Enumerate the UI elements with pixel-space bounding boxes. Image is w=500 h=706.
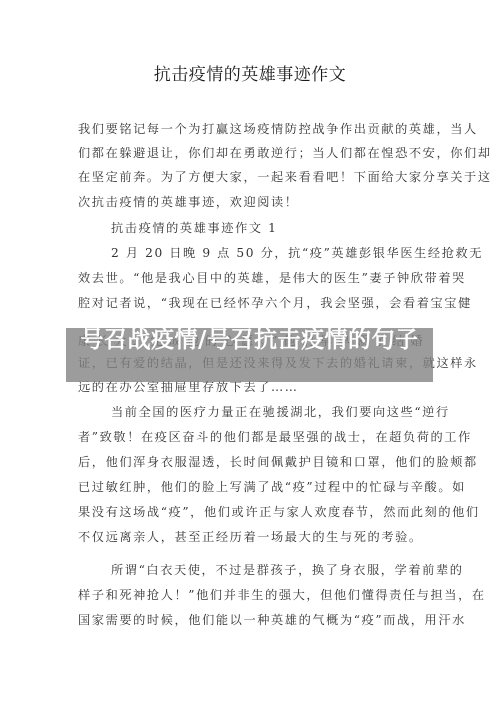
body-text-line: 在坚定前奔。为了方便大家，一起来看看吧！下面给大家分享关于这 bbox=[78, 170, 424, 184]
body-text-line: 远的在办公室抽屉里存放下去了…… bbox=[78, 380, 424, 394]
body-text-line: 果没有这场战“疫”，他们或许正与家人欢度春节，然而此刻的他们 bbox=[78, 505, 424, 519]
document-title: 抗击疫情的英雄事迹作文 bbox=[0, 60, 500, 85]
caption-banner-text: 号召战疫情/号召抗击疫情的句子 bbox=[66, 327, 433, 353]
body-text-line: 们都在躲避退让，你们却在勇敢逆行；当人们都在惶恐不安，你们却 bbox=[78, 146, 424, 160]
body-text-line: 效去世。“他是我心目中的英雄，是伟大的医生”妻子钟欣带着哭 bbox=[78, 271, 424, 285]
body-text-line: 者”致敬！在疫区奋斗的他们都是最坚强的战士，在超负荷的工作 bbox=[78, 430, 424, 444]
body-text-line: 腔对记者说，“我现在已经怀孕六个月，我会坚强，会看着宝宝健 bbox=[78, 296, 424, 310]
body-text-line: 样子和死神抢人！”他们并非生的强大，但他们懂得责任与担当，在 bbox=[78, 588, 424, 602]
body-text-line: 抗击疫情的英雄事迹作文 1 bbox=[111, 221, 424, 235]
body-text-line: 后，他们浑身衣服湿透，长时间佩戴护目镜和口罩，他们的脸颊都 bbox=[78, 455, 424, 469]
body-text-line: 不仅远离亲人，甚至正经历着一场最大的生与死的考验。 bbox=[78, 530, 424, 544]
body-text-line: 2 月 20 日晚 9 点 50 分，抗“疫”英雄彭银华医生经抢救无 bbox=[111, 246, 424, 260]
body-text-line: 已过敏红肿，他们的脸上写满了战“疫”过程中的忙碌与辛酸。如 bbox=[78, 480, 424, 494]
document-page: 抗击疫情的英雄事迹作文 我们要铭记每一个为打赢这场疫情防控战争作出贡献的英雄，当… bbox=[0, 0, 500, 706]
body-text-line: 当前全国的医疗力量正在驰援湖北，我们要向这些“逆行 bbox=[111, 405, 424, 419]
body-text-line: 我们要铭记每一个为打赢这场疫情防控战争作出贡献的英雄，当人 bbox=[78, 122, 424, 136]
body-text-line: 国家需要的时候，他们能以一种英雄的气概为“疫”而战，用汗水 bbox=[78, 613, 424, 627]
body-text-line: 次抗击疫情的英雄事迹，欢迎阅读！ bbox=[78, 195, 424, 209]
body-text-line: 所谓“白衣天使，不过是群孩子，换了身衣服，学着前辈的 bbox=[111, 563, 424, 577]
